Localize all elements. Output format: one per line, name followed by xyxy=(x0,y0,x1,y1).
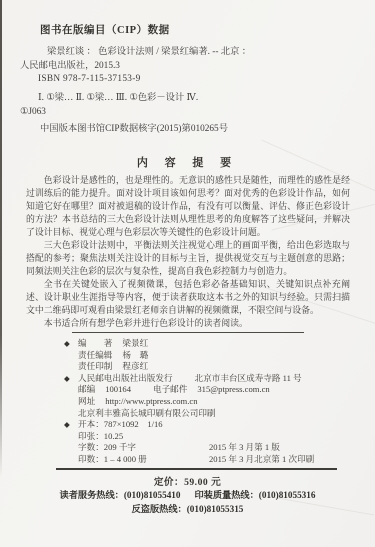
words-label: 字数： xyxy=(78,442,104,452)
classification-line-2: ①J063 xyxy=(20,106,340,120)
duty-printer-row: 责任印制程彦红 xyxy=(64,361,354,373)
print-run-label: 印数： xyxy=(78,454,104,464)
postcode-email-row: 邮编100164电子邮件315@ptpress.com.cn xyxy=(64,384,354,396)
copyright-page: 图书在版编目（CIP）数据 梁景红谈 ： 色彩设计法则 / 梁景红编著. -- … xyxy=(0,0,375,547)
publisher-address: 北京市丰台区成寿寺路 11 号 xyxy=(195,373,302,383)
diamond-bullet-icon: ◆ xyxy=(64,338,70,350)
scan-edge-shadow xyxy=(0,0,2,478)
summary-paragraph: 全书在关键处嵌入了视频微课，包括色彩必备基础知识、关键知识点补充阐述、设计职业生… xyxy=(26,278,350,317)
email-label: 电子邮件 xyxy=(153,384,187,394)
cip-publisher-line: 人民邮电出版社，2015.3 xyxy=(20,60,340,74)
cip-record-block: 梁景红谈 ： 色彩设计法则 / 梁景红编著. -- 北京 ： 人民邮电出版社，2… xyxy=(20,46,340,87)
sheets-label: 印张： xyxy=(78,431,104,441)
summary-paragraph: 本书适合所有想学色彩并进行色彩设计的读者阅读。 xyxy=(26,317,350,330)
cip-header: 图书在版编目（CIP）数据 xyxy=(40,22,170,37)
printer-name: 北京利丰雅高长城印刷有限公司印刷 xyxy=(78,408,216,418)
duty-editor-name: 杨 璐 xyxy=(122,350,148,360)
reader-hotline: 读者服务热线：(010)81055410 xyxy=(60,490,181,500)
diamond-bullet-icon: ◆ xyxy=(64,373,70,385)
summary-title: 内 容 提 要 xyxy=(0,154,375,170)
duty-printer-name: 程彦红 xyxy=(122,361,148,371)
printer-row: 北京利丰雅高长城印刷有限公司印刷 xyxy=(64,408,354,420)
duty-editor-row: 责任编辑杨 璐 xyxy=(64,350,354,362)
isbn-line: ISBN 978-7-115-37153-9 xyxy=(38,73,340,87)
edition-value: 2015 年 3 月第 1 版 xyxy=(209,442,280,454)
colophon-block: ◆编 著梁景红 责任编辑杨 璐 责任印制程彦红 ◆人民邮电出版社出版发行北京市丰… xyxy=(64,338,354,466)
service-hotlines-line: 读者服务热线：(010)81055410印装质量热线：(010)81055316 xyxy=(0,489,375,503)
website-value: http://www.ptpress.com.cn xyxy=(105,396,197,406)
diamond-bullet-icon: ◆ xyxy=(64,419,70,431)
publisher-name: 人民邮电出版社出版发行 xyxy=(78,373,173,383)
classification-line-1: Ⅰ. ①梁… Ⅱ. ①梁… Ⅲ. ①色彩－设计 Ⅳ. xyxy=(20,92,340,106)
duty-editor-label: 责任编辑 xyxy=(78,350,112,360)
colophon-top-rule xyxy=(72,332,304,333)
publisher-row: ◆人民邮电出版社出版发行北京市丰台区成寿寺路 11 号 xyxy=(64,373,354,385)
price-line: 定价：59.00 元 xyxy=(0,474,375,488)
email-value: 315@ptpress.com.cn xyxy=(197,384,269,394)
editor-row: ◆编 著梁景红 xyxy=(64,338,354,350)
antipiracy-hotline: 反盗版热线：(010)81055315 xyxy=(132,504,244,514)
summary-body: 色彩设计是感性的，也是理性的。无意识的感性只是随性，而理性的感性是经过训练后的能… xyxy=(26,174,350,330)
printrun-impression-row: 印数：1 – 4 000 册 2015 年 3 月北京第 1 次印刷 xyxy=(64,454,354,466)
editor-label: 编 著 xyxy=(78,338,112,348)
format-row: ◆开本：787×1092 1/16 xyxy=(64,419,354,431)
summary-paragraph: 色彩设计是感性的，也是理性的。无意识的感性只是随性，而理性的感性是经过训练后的能… xyxy=(26,174,350,239)
impression-value: 2015 年 3 月北京第 1 次印刷 xyxy=(209,454,314,466)
summary-paragraph: 三大色彩设计法则中，平衡法则关注视觉心理上的画面平衡，给出色彩选取与搭配的参考；… xyxy=(26,239,350,278)
editor-name: 梁景红 xyxy=(122,338,148,348)
quality-hotline: 印装质量热线：(010)81055316 xyxy=(195,490,316,500)
cip-record-number: 中国版本图书馆CIP数据核字(2015)第010265号 xyxy=(40,120,228,134)
sheets-row: 印张：10.25 xyxy=(64,431,354,443)
postcode-value: 100164 xyxy=(105,384,131,394)
print-run-value: 1 – 4 000 册 xyxy=(104,454,147,464)
cip-classification-block: Ⅰ. ①梁… Ⅱ. ①梁… Ⅲ. ①色彩－设计 Ⅳ. ①J063 xyxy=(20,92,340,119)
cip-title-line: 梁景红谈 ： 色彩设计法则 / 梁景红编著. -- 北京 ： xyxy=(20,46,340,60)
duty-printer-label: 责任印制 xyxy=(78,361,112,371)
price-top-rule xyxy=(56,468,337,470)
words-edition-row: 字数：209 千字 2015 年 3 月第 1 版 xyxy=(64,442,354,454)
words-value: 209 千字 xyxy=(104,442,136,452)
format-label: 开本： xyxy=(78,419,104,429)
website-label: 网址 xyxy=(78,396,95,406)
hotlines-block: 读者服务热线：(010)81055410印装质量热线：(010)81055316… xyxy=(0,489,375,516)
antipiracy-hotline-line: 反盗版热线：(010)81055315 xyxy=(0,503,375,517)
sheets-value: 10.25 xyxy=(104,431,123,441)
postcode-label: 邮编 xyxy=(78,384,95,394)
website-row: 网址http://www.ptpress.com.cn xyxy=(64,396,354,408)
format-value: 787×1092 1/16 xyxy=(104,419,163,429)
